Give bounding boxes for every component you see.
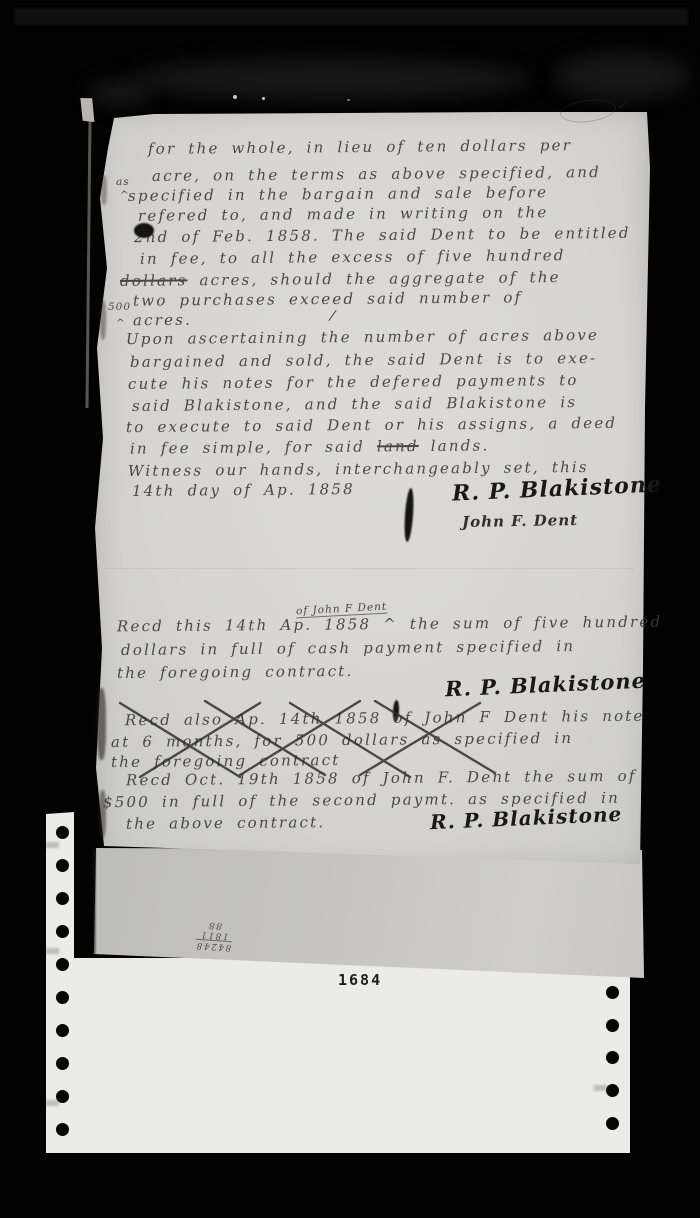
film-smudge <box>130 58 530 100</box>
receipt-line: the above contract. <box>126 813 325 833</box>
contract-line-text: in fee simple, for said <box>130 438 365 458</box>
caret-mark: ^ <box>120 189 130 201</box>
contract-line: in fee simple, for said land lands. <box>130 436 490 457</box>
torn-edge-mark <box>97 688 106 760</box>
margin-insert-as: as <box>116 176 130 188</box>
struck-word: dollars <box>120 271 188 290</box>
contract-line-text: acres, should the aggregate of the <box>199 268 560 289</box>
film-smudge <box>555 52 690 100</box>
sprocket-hole <box>56 859 69 872</box>
pencil-calculation: 84248 1811 88 <box>195 919 233 952</box>
sprocket-hole <box>56 925 69 938</box>
film-smudge <box>90 80 150 106</box>
sprocket-hole <box>56 826 69 839</box>
contract-line: dollars acres, should the aggregate of t… <box>120 268 561 290</box>
contract-line: acres. <box>133 311 192 330</box>
torn-edge-mark <box>100 300 106 340</box>
paper-scrap <box>79 96 96 124</box>
contract-line: for the whole, in lieu of ten dollars pe… <box>148 136 572 158</box>
sprocket-hole <box>606 986 619 999</box>
sprocket-hole <box>56 1024 69 1037</box>
sprocket-hole <box>606 1117 619 1130</box>
film-top-band <box>14 8 688 25</box>
ink-blot <box>134 223 154 238</box>
margin-insert-500: 500 <box>108 301 131 313</box>
sprocket-hole <box>56 892 69 905</box>
caret-mark: ^ <box>116 317 126 329</box>
receipt-line: the foregoing contract. <box>117 662 354 682</box>
sprocket-hole <box>56 991 69 1004</box>
contract-line: two purchases exceed said number of <box>133 288 523 309</box>
contract-line-text: lands. <box>431 436 490 455</box>
struck-word: land <box>377 437 419 455</box>
sprocket-hole <box>56 1057 69 1070</box>
sprocket-hole <box>606 1084 619 1097</box>
film-edge-mark <box>46 1100 59 1106</box>
scanned-document-photo: 1684 84248 1811 88 ✓ for the whole, in l… <box>0 0 700 1218</box>
film-edge-mark <box>46 948 59 954</box>
sprocket-hole <box>606 1051 619 1064</box>
film-edge-mark <box>594 1085 607 1091</box>
film-speck <box>347 99 350 101</box>
contract-line: refered to, and made in writing on the <box>138 203 549 225</box>
signature-dent: John F. Dent <box>462 511 578 531</box>
film-speck <box>233 95 237 99</box>
check-mark-icon: ✓ <box>616 97 630 114</box>
sprocket-hole <box>606 1019 619 1032</box>
page-torn-sliver <box>85 118 91 408</box>
sprocket-hole <box>56 958 69 971</box>
film-frame-number: 1684 <box>338 971 382 989</box>
contract-line: specified in the bargain and sale before <box>128 183 548 205</box>
sprocket-hole <box>56 1123 69 1136</box>
page-crease <box>104 568 634 569</box>
contract-line: 14th day of Ap. 1858 <box>132 480 355 500</box>
backing-sheet-torn-edge <box>93 848 96 954</box>
torn-edge-mark <box>101 175 107 205</box>
film-edge-mark <box>46 842 59 848</box>
contract-line: in fee, to all the excess of five hundre… <box>140 246 566 268</box>
film-speck <box>262 97 265 100</box>
